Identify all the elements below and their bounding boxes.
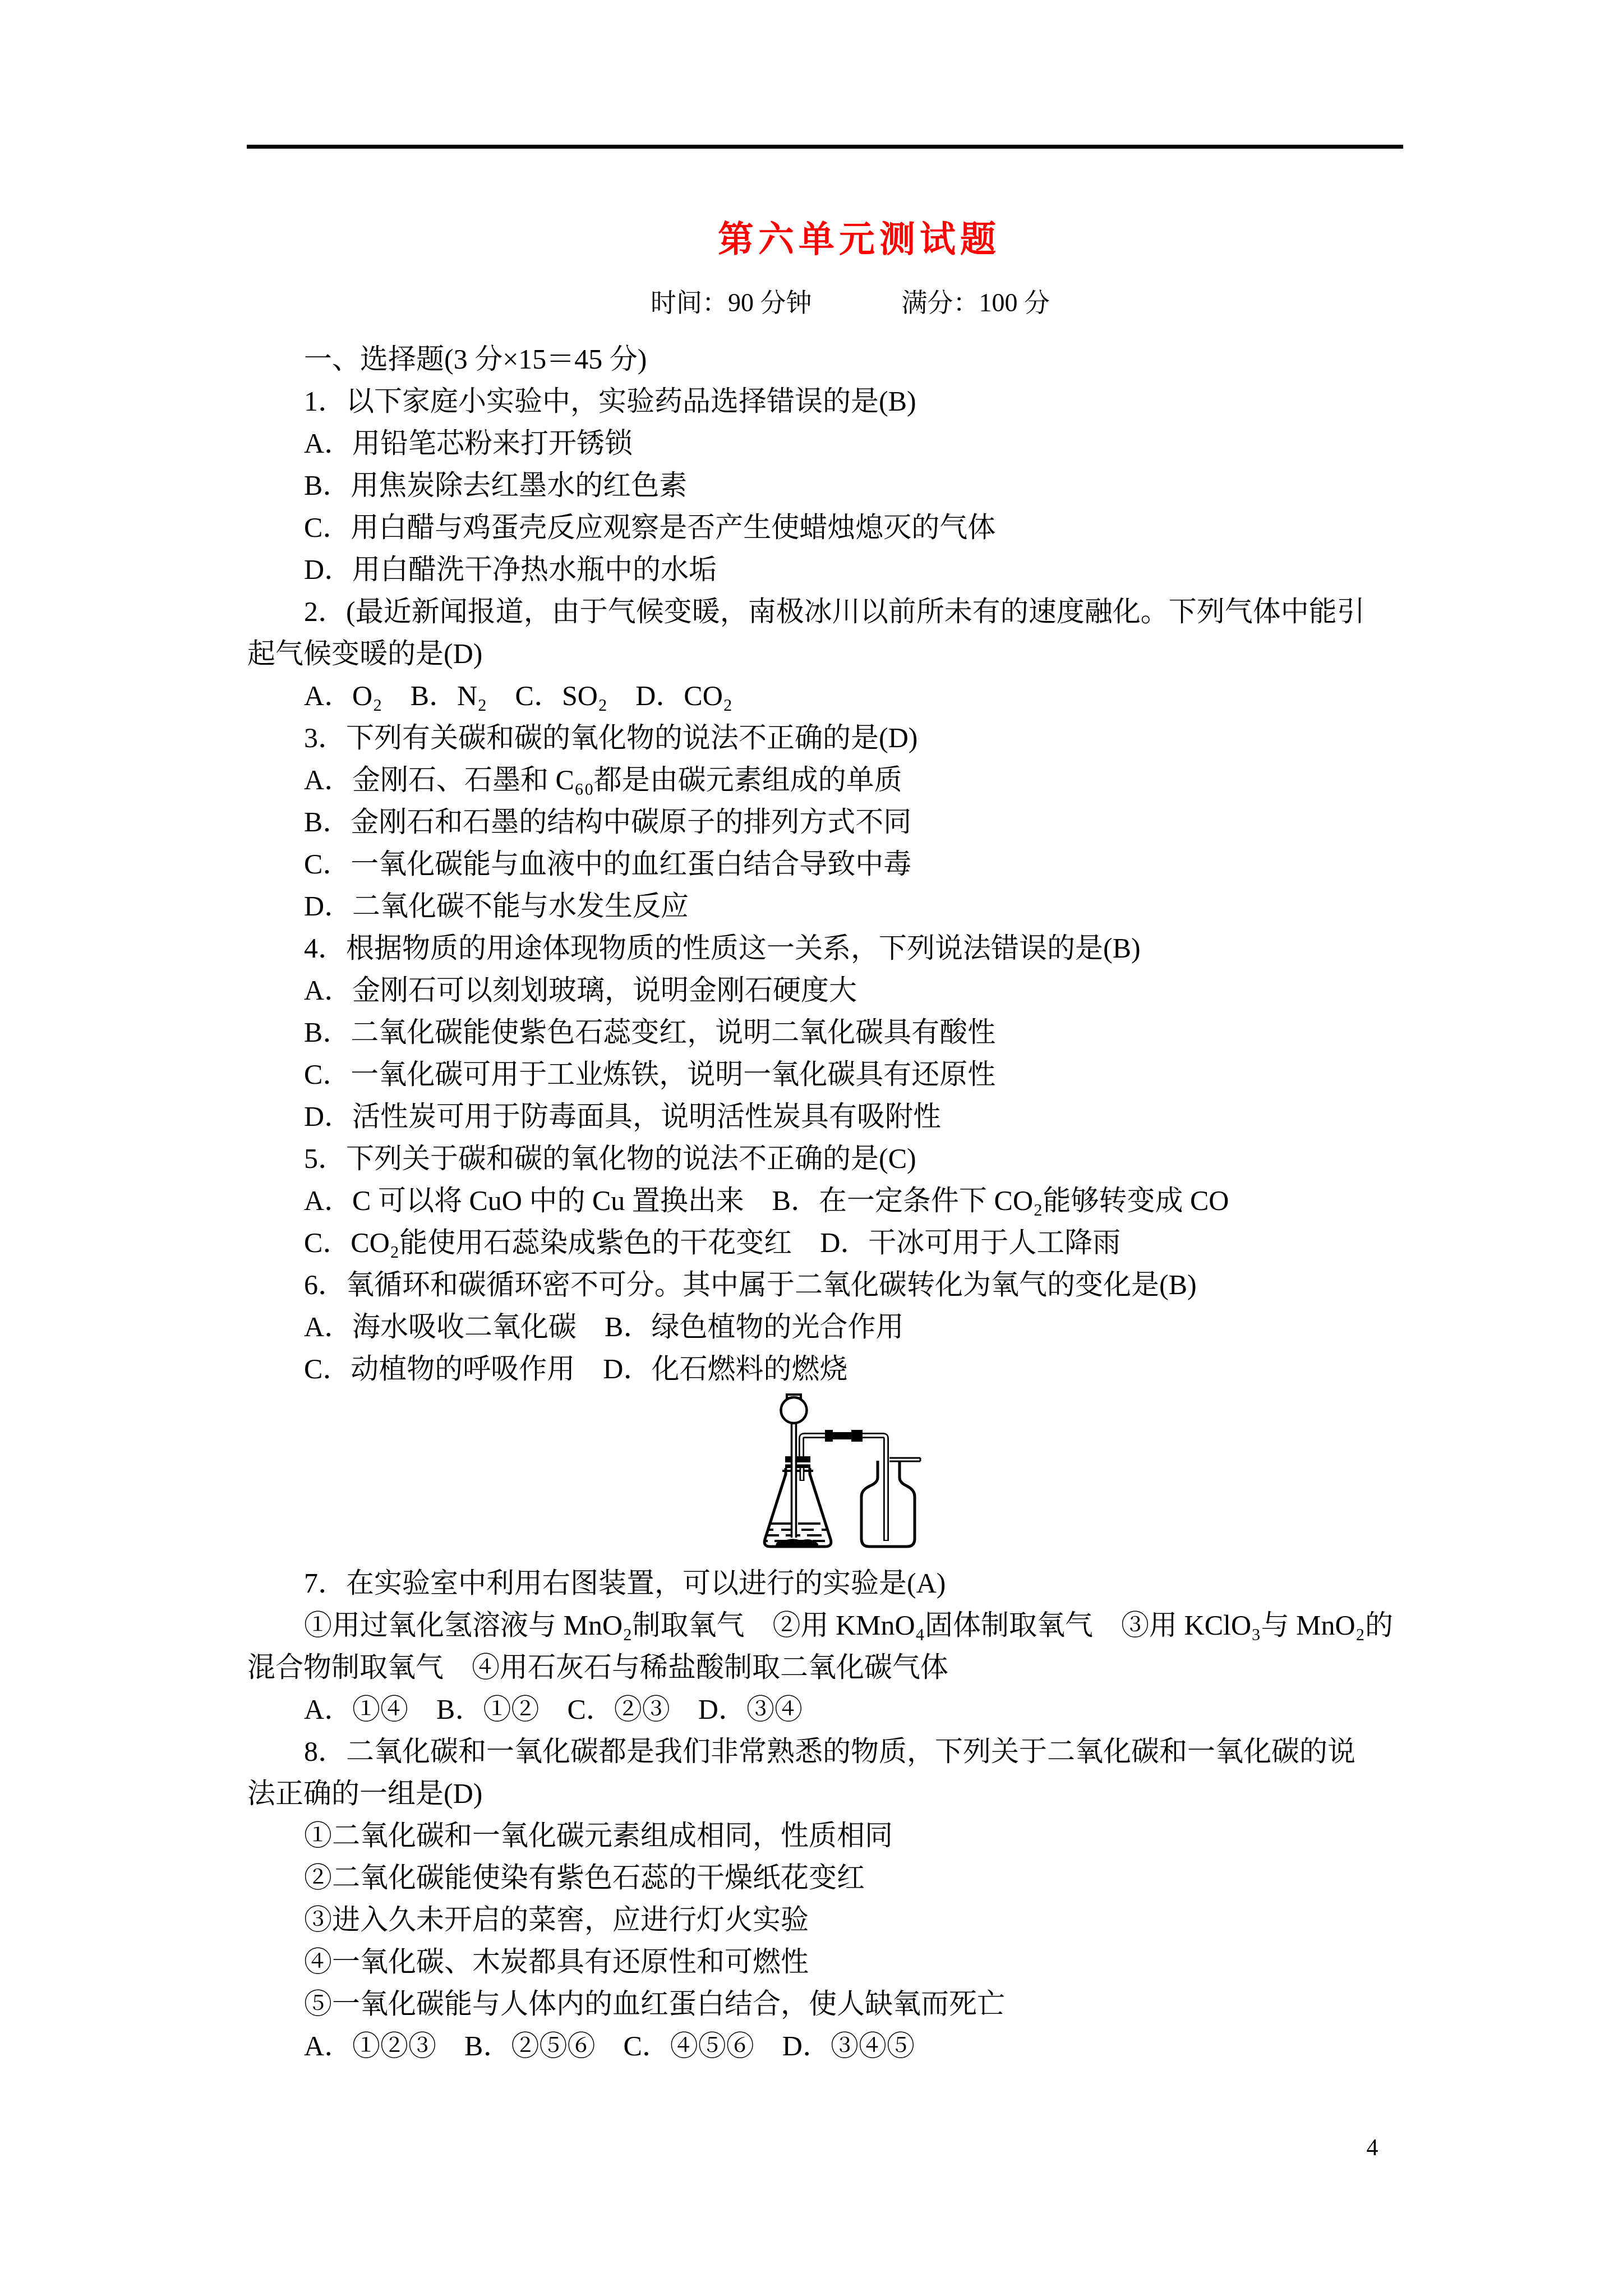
- text-line: 起气候变暖的是(D): [247, 633, 1377, 675]
- text-line: A．金刚石、石墨和 C₆₀都是由碳元素组成的单质: [247, 759, 1377, 801]
- text-line: 一、选择题(3 分×15＝45 分): [247, 338, 1377, 380]
- text-line: A．用铅笔芯粉来打开锈锁: [247, 422, 1377, 464]
- text-line: C．用白醋与鸡蛋壳反应观察是否产生使蜡烛熄灭的气体: [247, 507, 1377, 549]
- text-line: A．海水吸收二氧化碳 B．绿色植物的光合作用: [247, 1306, 1377, 1348]
- text-line: 4．根据物质的用途体现物质的性质这一关系，下列说法错误的是(B): [247, 927, 1377, 969]
- rubber-connector: [825, 1430, 863, 1442]
- text-line: 2．(最近新闻报道，由于气候变暖，南极冰川以前所未有的速度融化。下列气体中能引: [247, 591, 1377, 633]
- text-line: A．金刚石可以刻划玻璃，说明金刚石硬度大: [247, 969, 1377, 1011]
- rubber-stopper: [785, 1456, 810, 1468]
- text-line: ②二氧化碳能使染有紫色石蕊的干燥纸花变红: [247, 1857, 1377, 1899]
- text-line: ①二氧化碳和一氧化碳元素组成相同，性质相同: [247, 1815, 1377, 1857]
- text-line: D．二氧化碳不能与水发生反应: [247, 885, 1377, 927]
- text-line: 法正确的一组是(D): [247, 1773, 1377, 1815]
- text-line: ⑤一氧化碳能与人体内的血红蛋白结合，使人缺氧而死亡: [247, 1983, 1377, 2025]
- text-line: ①用过氧化氢溶液与 MnO₂制取氧气 ②用 KMnO₄固体制取氧气 ③用 KCl…: [247, 1604, 1377, 1646]
- text-line: 1．以下家庭小实验中，实验药品选择错误的是(B): [247, 380, 1377, 422]
- text-line: 混合物制取氧气 ④用石灰石与稀盐酸制取二氧化碳气体: [247, 1646, 1377, 1688]
- text-line: D．用白醋洗干净热水瓶中的水垢: [247, 549, 1377, 591]
- page-number: 4: [1367, 2134, 1378, 2162]
- question-block-2: 7．在实验室中利用右图装置，可以进行的实验是(A) ①用过氧化氢溶液与 MnO₂…: [247, 1562, 1377, 2067]
- text-line: A．①④ B．①② C．②③ D．③④: [247, 1688, 1377, 1731]
- text-line: A．①②③ B．②⑤⑥ C．④⑤⑥ D．③④⑤: [247, 2025, 1377, 2067]
- text-line: ③进入久未开启的菜窖，应进行灯火实验: [247, 1899, 1377, 1941]
- experiment-apparatus-diagram: [757, 1387, 931, 1556]
- text-line: C．一氧化碳可用于工业炼铁，说明一氧化碳具有还原性: [247, 1053, 1377, 1096]
- gas-collecting-bottle: [861, 1458, 920, 1547]
- text-line: C．动植物的呼吸作用 D．化石燃料的燃烧: [247, 1348, 1377, 1390]
- text-line: 5．下列关于碳和碳的氧化物的说法不正确的是(C): [247, 1138, 1377, 1180]
- text-line: 6．氧循环和碳循环密不可分。其中属于二氧化碳转化为氧气的变化是(B): [247, 1264, 1377, 1306]
- text-line: 8．二氧化碳和一氧化碳都是我们非常熟悉的物质，下列关于二氧化碳和一氧化碳的说: [247, 1731, 1377, 1773]
- text-line: D．活性炭可用于防毒面具，说明活性炭具有吸附性: [247, 1096, 1377, 1138]
- text-line: B．二氧化碳能使紫色石蕊变红，说明二氧化碳具有酸性: [247, 1011, 1377, 1053]
- text-line: A．O₂ B．N₂ C．SO₂ D．CO₂: [247, 675, 1377, 717]
- document-page: 第六单元测试题 时间：90 分钟 满分：100 分 一、选择题(3 分×15＝4…: [0, 0, 1623, 2296]
- full-score-label: 满分：100 分: [902, 287, 1050, 318]
- text-line: C．一氧化碳能与血液中的血红蛋白结合导致中毒: [247, 843, 1377, 885]
- text-line: 7．在实验室中利用右图装置，可以进行的实验是(A): [247, 1562, 1377, 1604]
- cover-plate: [889, 1458, 920, 1461]
- question-block-1: 一、选择题(3 分×15＝45 分) 1．以下家庭小实验中，实验药品选择错误的是…: [247, 338, 1377, 1390]
- exam-meta-row: 时间：90 分钟 满分：100 分: [651, 287, 1050, 318]
- text-line: B．金刚石和石墨的结构中碳原子的排列方式不同: [247, 801, 1377, 843]
- text-line: ④一氧化碳、木炭都具有还原性和可燃性: [247, 1941, 1377, 1983]
- text-line: 3．下列有关碳和碳的氧化物的说法不正确的是(D): [247, 717, 1377, 759]
- text-line: B．用焦炭除去红墨水的红色素: [247, 464, 1377, 507]
- page-title: 第六单元测试题: [718, 220, 1000, 259]
- header-rule: [247, 145, 1403, 149]
- text-line: A．C 可以将 CuO 中的 Cu 置换出来 B．在一定条件下 CO₂能够转变成…: [247, 1180, 1377, 1222]
- time-limit-label: 时间：90 分钟: [651, 287, 812, 318]
- text-line: C．CO₂能使用石蕊染成紫色的干花变红 D．干冰可用于人工降雨: [247, 1222, 1377, 1264]
